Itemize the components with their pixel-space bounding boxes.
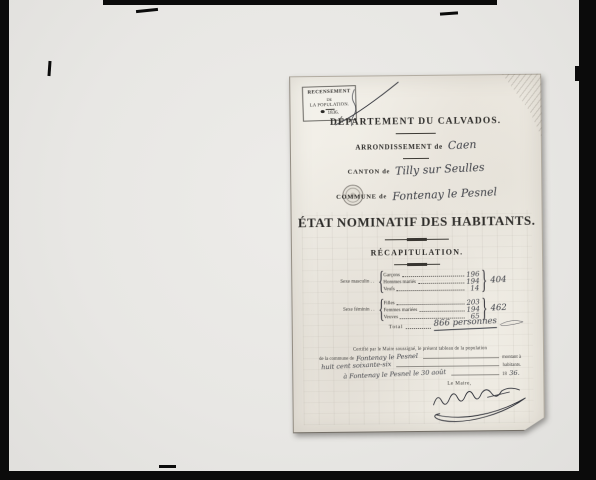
film-edge-bar-left [0, 0, 9, 480]
canton-label: CANTON de [348, 168, 391, 175]
group-subtotal-handwritten: 404 [490, 275, 507, 286]
blank-line [423, 357, 499, 359]
group-label: Sexe féminin . . [333, 307, 377, 312]
row-value-handwritten: 14 [466, 285, 479, 292]
canton-line: CANTON de Tilly sur Seulles [291, 162, 541, 178]
department-title: DÉPARTEMENT DU CALVADOS. [291, 116, 541, 129]
film-edge-bar-bottom [0, 471, 596, 480]
canton-handwritten-value: Tilly sur Seulles [395, 161, 485, 178]
microfilm-scan-frame: { "stamp_box": { "line1": "RECENSEMENT",… [0, 0, 596, 480]
recap-table: Sexe masculin . . { Garçons 196 Hommes m… [332, 269, 519, 321]
blank-line [451, 374, 499, 376]
folded-corner [491, 74, 542, 139]
mayor-signature [429, 384, 539, 427]
dot-leader [397, 289, 465, 291]
group-label: Sexe masculin . . [332, 279, 376, 284]
film-registration-mark [47, 61, 51, 76]
open-brace: { [378, 270, 382, 292]
arrondissement-handwritten-value: Caen [448, 138, 477, 152]
row-label: Veufs [383, 287, 394, 292]
printed-year-prefix: 18 [502, 371, 507, 379]
film-edge-bar-right [579, 0, 596, 480]
open-brace: { [378, 298, 382, 320]
commune-label: COMMUNE de [336, 193, 387, 201]
group-rows: Garçons 196 Hommes mariés 194 Veufs 14 [383, 270, 479, 292]
arrondissement-label: ARRONDISSEMENT de [355, 143, 443, 152]
commune-line: COMMUNE de Fontenay le Pesnel [291, 187, 541, 203]
film-registration-mark [440, 11, 458, 15]
total-line: Total 866 personnes [389, 316, 525, 330]
divider [403, 158, 429, 159]
amount-handwritten-fill: huit cent soixante-six [321, 361, 391, 370]
year-handwritten-fill: 36. [509, 369, 520, 375]
printed-text: montant à [502, 353, 521, 361]
total-value-handwritten: 866 personnes [433, 316, 497, 331]
blank-line [396, 365, 499, 367]
recap-heading: RÉCAPITULATION. [292, 247, 542, 259]
film-edge-bar-top [103, 0, 497, 5]
page-title: ÉTAT NOMINATIF DES HABITANTS. [292, 213, 542, 232]
close-brace: } [481, 269, 485, 291]
pen-stroke-mark [328, 78, 411, 137]
ornamental-divider [385, 239, 449, 241]
film-registration-mark [575, 66, 579, 81]
ink-blot [321, 110, 325, 113]
arrondissement-line: ARRONDISSEMENT de Caen [291, 138, 541, 154]
census-cover-page: RECENSEMENT DE LA POPULATION. 1836. DÉPA… [289, 74, 545, 434]
paper-sheet: RECENSEMENT DE LA POPULATION. 1836. DÉPA… [289, 74, 545, 434]
commune-handwritten-value: Fontenay le Pesnel [392, 185, 497, 203]
film-registration-mark [159, 465, 176, 468]
table-row: Veufs 14 [383, 284, 479, 292]
recap-group-masculin: Sexe masculin . . { Garçons 196 Hommes m… [332, 269, 518, 293]
ornamental-divider [394, 264, 440, 265]
total-label: Total [389, 324, 403, 330]
divider [396, 133, 436, 134]
pen-flourish [499, 316, 525, 329]
film-registration-mark [136, 8, 158, 13]
group-subtotal-handwritten: 462 [490, 303, 507, 314]
certification-block: Certifié par le Maire soussigné, le prés… [319, 345, 521, 380]
certification-line: à Fontenay le Pesnel le 30 août 18 36. [319, 369, 521, 380]
dot-leader [406, 328, 431, 329]
